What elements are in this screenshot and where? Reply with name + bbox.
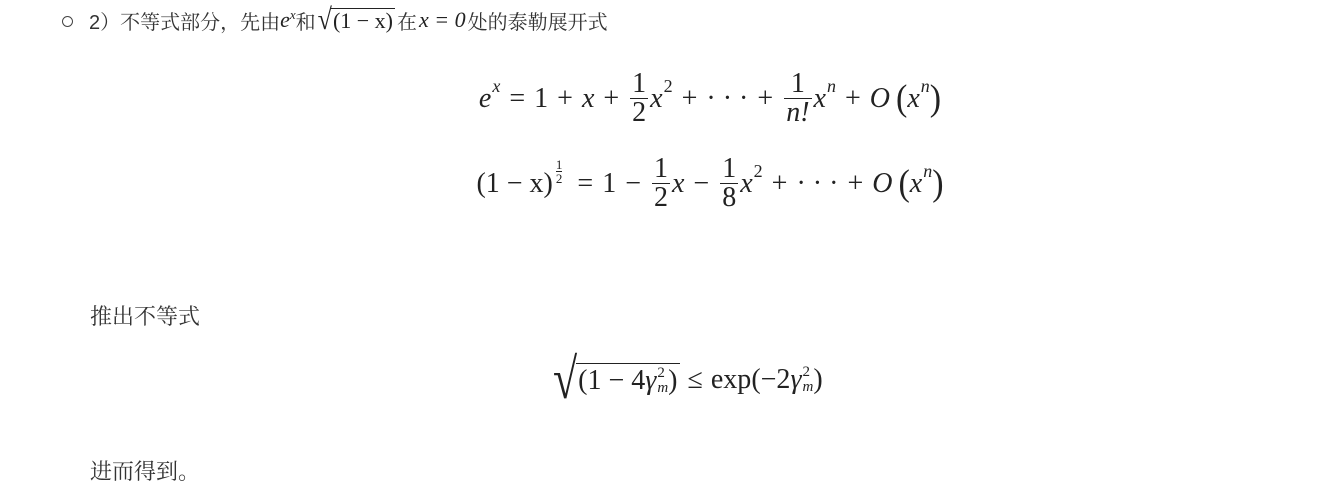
item-suffix-text: 处的泰勒展开式 (468, 6, 608, 35)
fraction-one-half: 1 2 (652, 155, 670, 212)
inequality-formula: √ (1 − 4 γ 2 m ) ≤ exp (−2 γ 2 m ) (553, 358, 823, 402)
at-text: 在 (397, 6, 417, 35)
inline-math-sqrt: √ (1 − x) (318, 7, 395, 33)
paragraph-derive-inequality: 推出不等式 (90, 300, 200, 331)
item-prefix-text: 2）不等式部分，先由 (89, 6, 280, 35)
inline-math-condition: x = 0 (419, 7, 466, 33)
fraction-one-half: 1 2 (630, 70, 648, 127)
hollow-bullet-icon (62, 16, 73, 27)
exponent-one-half: 1 2 (556, 158, 563, 185)
equation-sqrt-taylor: (1 − x) 1 2 = 1 − 1 2 x − 1 8 x2 + · · ·… (0, 155, 1343, 212)
sqrt-symbol: √ (318, 5, 332, 35)
fraction-one-over-n-factorial: 1 n! (784, 70, 811, 127)
inline-math-ex: ex (280, 7, 296, 33)
fraction-one-eighth: 1 8 (720, 155, 738, 212)
equation-ex-taylor: ex = 1 + x + 1 2 x2 + · · · + 1 n! xn + … (0, 70, 1343, 127)
paragraph-conclusion: 进而得到。 (90, 455, 200, 486)
conjunction-text: 和 (296, 6, 316, 35)
sqrt-body: (1 − x) (331, 8, 395, 33)
sqrt-symbol: √ (553, 351, 577, 408)
list-item-inequality-part: 2）不等式部分，先由 ex 和 √ (1 − x) 在 x = 0 处的泰勒展开… (62, 4, 608, 36)
sqrt-body: (1 − 4 γ 2 m ) (576, 363, 679, 397)
